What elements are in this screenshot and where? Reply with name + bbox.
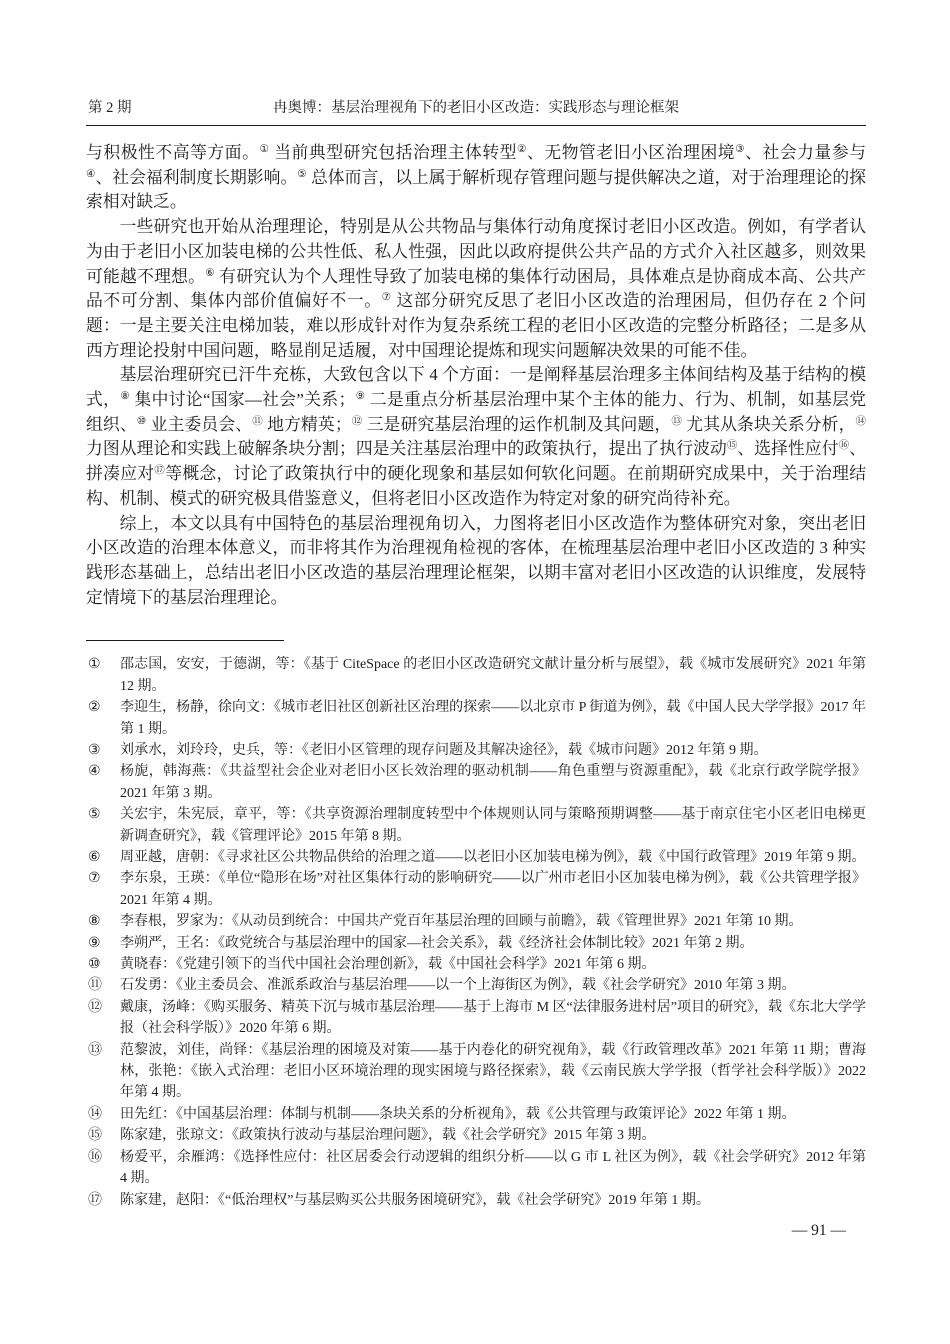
body-text-segment: 、无物管老旧小区治理困境 <box>527 143 735 162</box>
footnote-item: ③刘承水，刘玲玲，史兵，等：《老旧小区管理的现存问题及其解决途径》，载《城市问题… <box>86 740 866 761</box>
footnote-ref: ⑫ <box>352 416 363 427</box>
journal-page: 第 2 期 冉奥博：基层治理视角下的老旧小区改造：实践形态与理论框架 与积极性不… <box>0 0 950 1344</box>
footnote-text: 李朔严，王名：《政党统合与基层治理中的国家—社会关系》，载《经济社会体制比较》2… <box>120 936 754 951</box>
footnote-ref: ② <box>517 144 527 155</box>
footnote-marker: ⑯ <box>88 1147 102 1168</box>
footnote-text: 刘承水，刘玲玲，史兵，等：《老旧小区管理的现存问题及其解决途径》，载《城市问题》… <box>120 743 768 758</box>
footnote-text: 黄晓春：《党建引领下的当代中国社会治理创新》，载《中国社会科学》2021 年第 … <box>120 957 656 972</box>
footnote-text: 田先红：《中国基层治理：体制与机制——条块关系的分析视角》，载《公共管理与政策评… <box>120 1107 796 1122</box>
footnote-ref: ⑥ <box>205 268 215 279</box>
footnote-text: 邵志国，安安，于德湖，等：《基于 CiteSpace 的老旧小区改造研究文献计量… <box>120 657 866 693</box>
footnote-ref: ⑪ <box>252 416 263 427</box>
body-text-segment: 集中讨论“国家—社会”关系； <box>130 390 355 409</box>
page-footer: — 91 — <box>86 1222 866 1240</box>
footnote-item: ⑦李东泉，王瑛：《单位“隐形在场”对社区集体行动的影响研究——以广州市老旧小区加… <box>86 868 866 911</box>
footnote-marker: ⑧ <box>88 911 101 932</box>
paragraph: 基层治理研究已汗牛充栋，大致包含以下 4 个方面：一是阐释基层治理多主体间结构及… <box>86 363 866 511</box>
footnote-marker: ④ <box>88 761 101 782</box>
body-text-segment: 与积极性不高等方面。 <box>86 143 259 162</box>
footnote-item: ②李迎生，杨静，徐向文：《城市老旧社区创新社区治理的探索——以北京市 P 街道为… <box>86 697 866 740</box>
footnote-item: ⑨李朔严，王名：《政党统合与基层治理中的国家—社会关系》，载《经济社会体制比较》… <box>86 933 866 954</box>
footnote-ref: ⑯ <box>839 440 850 451</box>
footnote-ref: ⑮ <box>727 440 738 451</box>
body-text-segment: 三是研究基层治理的运作机制及其问题， <box>362 415 671 434</box>
body-text-segment: 地方精英； <box>263 415 352 434</box>
footnote-item: ⑰陈家建，赵阳：《“低治理权”与基层购买公共服务困境研究》，载《社会学研究》20… <box>86 1190 866 1211</box>
footnote-marker: ⑫ <box>88 997 102 1018</box>
footnote-text: 李东泉，王瑛：《单位“隐形在场”对社区集体行动的影响研究——以广州市老旧小区加装… <box>120 871 866 907</box>
body-text-segment: 等概念，讨论了政策执行中的硬化现象和基层如何软化问题。在前期研究成果中，关于治理… <box>86 464 866 508</box>
footnote-text: 石发勇：《业主委员会、准派系政治与基层治理——以一个上海街区为例》，载《社会学研… <box>120 978 796 993</box>
page-number: — 91 — <box>792 1222 846 1239</box>
footnote-marker: ⑬ <box>88 1040 102 1061</box>
footnote-marker: ② <box>88 697 101 718</box>
footnote-marker: ⑥ <box>88 847 101 868</box>
article-body: 与积极性不高等方面。① 当前典型研究包括治理主体转型②、无物管老旧小区治理困境③… <box>86 141 866 610</box>
footnote-item: ⑪石发勇：《业主委员会、准派系政治与基层治理——以一个上海街区为例》，载《社会学… <box>86 975 866 996</box>
footnote-ref: ⑭ <box>856 416 867 427</box>
footnote-text: 杨爱平，余雁鸿：《选择性应付：社区居委会行动逻辑的组织分析——以 G 市 L 社… <box>120 1150 866 1186</box>
footnote-marker: ⑦ <box>88 868 101 889</box>
footnote-marker: ③ <box>88 740 101 761</box>
footnote-item: ⑯杨爱平，余雁鸿：《选择性应付：社区居委会行动逻辑的组织分析——以 G 市 L … <box>86 1147 866 1190</box>
footnote-marker: ⑤ <box>88 804 101 825</box>
footnote-item: ⑧李春根，罗家为：《从动员到统合：中国共产党百年基层治理的回顾与前瞻》，载《管理… <box>86 911 866 932</box>
footnote-text: 陈家建，赵阳：《“低治理权”与基层购买公共服务困境研究》，载《社会学研究》201… <box>120 1193 710 1208</box>
body-text-segment: 力图从理论和实践上破解条块分割；四是关注基层治理中的政策执行，提出了执行波动 <box>86 439 727 458</box>
footnote-ref: ⑬ <box>671 416 682 427</box>
running-title: 冉奥博：基层治理视角下的老旧小区改造：实践形态与理论框架 <box>273 100 679 116</box>
footnote-ref: ⑧ <box>120 391 130 402</box>
footnote-marker: ⑮ <box>88 1125 102 1146</box>
body-text-segment: 业主委员会、 <box>146 415 252 434</box>
footnote-ref: ③ <box>735 144 745 155</box>
body-text-segment: 、社会福利制度长期影响。 <box>95 168 297 187</box>
footnote-marker: ⑪ <box>88 975 102 996</box>
footnote-text: 周亚越，唐朝：《寻求社区公共物品供给的治理之道——以老旧小区加装电梯为例》，载《… <box>120 850 866 865</box>
footnote-ref: ⑰ <box>154 465 165 476</box>
issue-label: 第 2 期 <box>88 96 132 117</box>
body-text-segment: 、选择性应付 <box>737 439 838 458</box>
footnote-marker: ⑨ <box>88 933 101 954</box>
body-text-segment: 、社会力量参与 <box>745 143 866 162</box>
footnote-item: ①邵志国，安安，于德湖，等：《基于 CiteSpace 的老旧小区改造研究文献计… <box>86 654 866 697</box>
footnote-item: ⑭田先红：《中国基层治理：体制与机制——条块关系的分析视角》，载《公共管理与政策… <box>86 1104 866 1125</box>
footnote-separator <box>86 640 284 641</box>
footnote-ref: ⑨ <box>355 391 365 402</box>
footnote-ref: ① <box>259 144 269 155</box>
footnote-item: ⑫戴康，汤峰：《购买服务、精英下沉与城市基层治理——基于上海市 M 区“法律服务… <box>86 997 866 1040</box>
footnote-text: 关宏宇，朱宪辰，章平，等：《共享资源治理制度转型中个体规则认同与策略预期调整——… <box>120 807 866 843</box>
footnotes-list: ①邵志国，安安，于德湖，等：《基于 CiteSpace 的老旧小区改造研究文献计… <box>86 654 866 1211</box>
footnote-item: ⑩黄晓春：《党建引领下的当代中国社会治理创新》，载《中国社会科学》2021 年第… <box>86 954 866 975</box>
page-content: 第 2 期 冉奥博：基层治理视角下的老旧小区改造：实践形态与理论框架 与积极性不… <box>86 0 866 1240</box>
footnote-marker: ① <box>88 654 101 675</box>
paragraph: 一些研究也开始从治理理论，特别是从公共物品与集体行动角度探讨老旧小区改造。例如，… <box>86 215 866 363</box>
paragraph: 综上，本文以具有中国特色的基层治理视角切入，力图将老旧小区改造作为整体研究对象，… <box>86 512 866 611</box>
footnote-item: ⑬范黎波，刘佳，尚铎：《基层治理的困境及对策——基于内卷化的研究视角》，载《行政… <box>86 1040 866 1104</box>
paragraph: 与积极性不高等方面。① 当前典型研究包括治理主体转型②、无物管老旧小区治理困境③… <box>86 141 866 215</box>
footnote-text: 戴康，汤峰：《购买服务、精英下沉与城市基层治理——基于上海市 M 区“法律服务进… <box>120 1000 866 1036</box>
footnote-text: 李春根，罗家为：《从动员到统合：中国共产党百年基层治理的回顾与前瞻》，载《管理世… <box>120 914 803 929</box>
footnote-ref: ⑤ <box>297 169 306 180</box>
footnote-text: 李迎生，杨静，徐向文：《城市老旧社区创新社区治理的探索——以北京市 P 街道为例… <box>120 700 866 736</box>
page-header: 第 2 期 冉奥博：基层治理视角下的老旧小区改造：实践形态与理论框架 <box>86 96 866 118</box>
footnote-ref: ⑦ <box>382 292 392 303</box>
footnote-ref: ⑩ <box>137 416 147 427</box>
footnote-item: ④杨旎，韩海燕：《共益型社会企业对老旧小区长效治理的驱动机制——角色重塑与资源重… <box>86 761 866 804</box>
footnote-marker: ⑰ <box>88 1190 102 1211</box>
body-text-segment: 当前典型研究包括治理主体转型 <box>269 143 517 162</box>
footnote-marker: ⑩ <box>88 954 101 975</box>
footnote-item: ⑮陈家建，张琼文：《政策执行波动与基层治理问题》，载《社会学研究》2015 年第… <box>86 1125 866 1146</box>
footnote-item: ⑤关宏宇，朱宪辰，章平，等：《共享资源治理制度转型中个体规则认同与策略预期调整—… <box>86 804 866 847</box>
body-text-segment: 尤其从条块关系分析， <box>682 415 856 434</box>
footnote-text: 陈家建，张琼文：《政策执行波动与基层治理问题》，载《社会学研究》2015 年第 … <box>120 1128 656 1143</box>
header-rule <box>86 125 866 126</box>
footnote-text: 范黎波，刘佳，尚铎：《基层治理的困境及对策——基于内卷化的研究视角》，载《行政管… <box>120 1043 866 1101</box>
body-text-segment: 综上，本文以具有中国特色的基层治理视角切入，力图将老旧小区改造作为整体研究对象，… <box>86 514 866 607</box>
footnote-marker: ⑭ <box>88 1104 102 1125</box>
footnote-item: ⑥周亚越，唐朝：《寻求社区公共物品供给的治理之道——以老旧小区加装电梯为例》，载… <box>86 847 866 868</box>
footnote-text: 杨旎，韩海燕：《共益型社会企业对老旧小区长效治理的驱动机制——角色重塑与资源重配… <box>120 764 866 800</box>
